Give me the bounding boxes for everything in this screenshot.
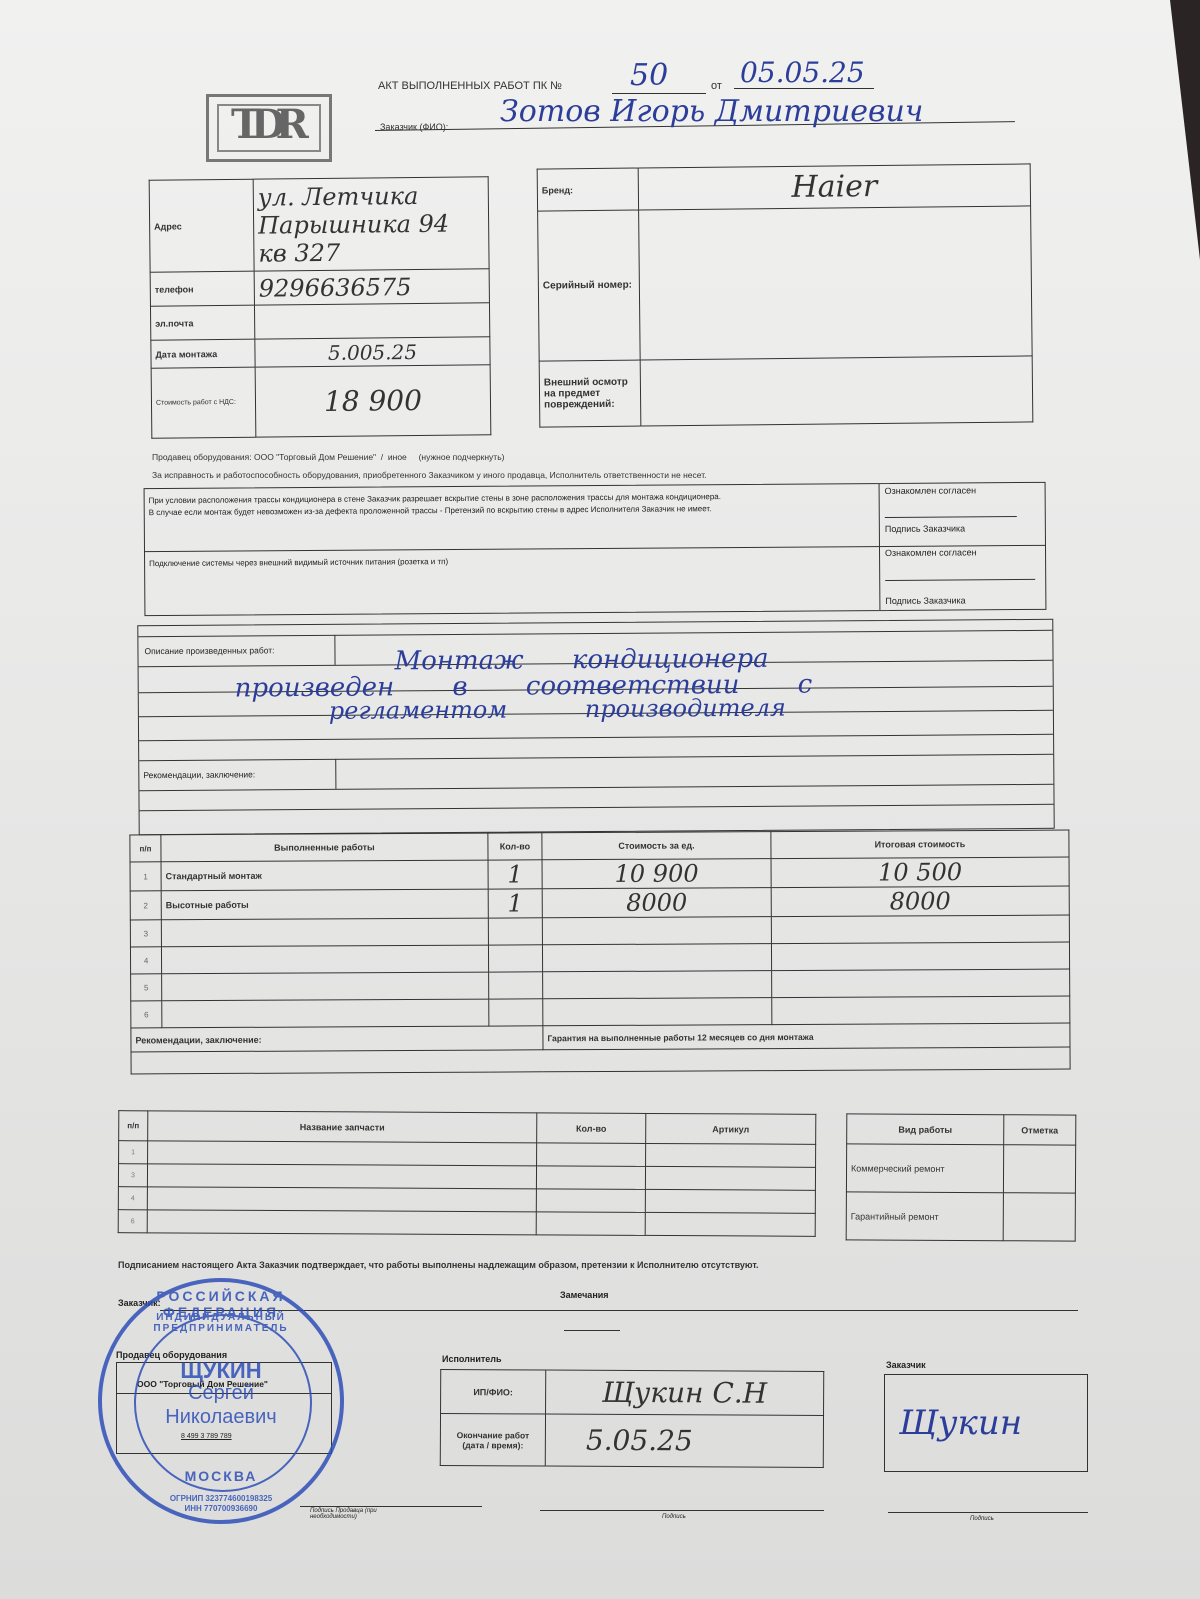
parts-row-qty[interactable] [537, 1143, 646, 1167]
client-signature-line[interactable] [888, 1512, 1088, 1513]
parts-row-article[interactable] [645, 1189, 815, 1213]
parts-row-qty[interactable] [536, 1166, 645, 1190]
client-info-table: Адрес ул. Летчика Парышника 94 кв 327 те… [149, 176, 492, 439]
works-col-unit-price: Стоимость за ед. [542, 832, 771, 860]
parts-row-number: 1 [119, 1141, 148, 1164]
parts-col-number: п/п [119, 1111, 148, 1141]
works-row-number: 4 [130, 947, 161, 974]
work-description-label: Описание произведенных работ: [144, 645, 274, 656]
parts-col-name: Название запчасти [148, 1111, 537, 1143]
parts-row-number: 6 [118, 1210, 147, 1233]
work-description-line-3[interactable]: регламентом производителя [329, 694, 786, 725]
cost-value[interactable]: 18 900 [255, 365, 491, 437]
remarks-label: Замечания [560, 1290, 609, 1300]
install-date-label: Дата монтажа [151, 339, 255, 368]
client-sign-label: Заказчик [886, 1360, 926, 1370]
works-row-name[interactable] [162, 972, 489, 1001]
works-row-qty[interactable] [489, 972, 543, 999]
works-col-name: Выполненные работы [161, 833, 488, 862]
works-row-total[interactable] [772, 996, 1070, 1025]
work-type-commercial-mark[interactable] [1003, 1145, 1075, 1193]
works-row-total[interactable]: 10 500 [771, 857, 1069, 888]
works-row-name[interactable]: Стандартный монтаж [161, 860, 488, 891]
executor-table: ИП/ФИО: Щукин С.Н Окончание работ (дата … [440, 1369, 825, 1468]
consent-2-agree-label: Ознакомлен согласен [885, 547, 977, 558]
works-table: п/п Выполненные работы Кол-во Стоимость … [129, 830, 1070, 1075]
works-row-unit-price[interactable] [543, 971, 772, 999]
document-page: TDR АКТ ВЫПОЛНЕННЫХ РАБОТ ПК № 50 от 05.… [0, 0, 1200, 1599]
parts-row-name[interactable] [147, 1164, 536, 1189]
works-row-number: 6 [131, 1001, 162, 1028]
works-row-total[interactable] [772, 969, 1070, 998]
equipment-table: Бренд: Haier Серийный номер: Внешний осм… [537, 163, 1034, 427]
works-recommendations-label: Рекомендации, заключение: [131, 1026, 543, 1052]
seller-line: Продавец оборудования: ООО "Торговый Дом… [152, 452, 504, 462]
inspection-label: Внешний осмотр на предмет повреждений: [539, 360, 641, 427]
executor-label: Исполнитель [442, 1354, 502, 1364]
consent-2-sign-label: Подпись Заказчика [885, 595, 965, 606]
stamp-ogrnip: ОГРНИП 323774600198325 [102, 1494, 340, 1503]
serial-label: Серийный номер: [538, 210, 641, 361]
executor-sign-caption: Подпись [662, 1514, 686, 1520]
executor-fio-label: ИП/ФИО: [441, 1369, 546, 1414]
works-row-total[interactable] [771, 915, 1069, 944]
stamp-city: МОСКВА [102, 1468, 340, 1484]
parts-row-name[interactable] [147, 1187, 536, 1212]
works-table-row: 1Стандартный монтаж110 90010 500 [130, 857, 1069, 891]
customer-name: Зотов Игорь Дмитриевич [500, 94, 923, 129]
works-row-total[interactable] [771, 942, 1069, 971]
consent-1-sign-label: Подпись Заказчика [885, 523, 965, 534]
consents-block: При условии расположения трассы кондицио… [144, 482, 1047, 616]
work-type-col-type: Вид работы [847, 1114, 1004, 1145]
works-row-qty[interactable] [488, 945, 542, 972]
works-row-number: 1 [130, 862, 161, 891]
act-date: 05.05.25 [740, 56, 865, 89]
recommendations-label: Рекомендации, заключение: [143, 769, 255, 780]
works-col-total: Итоговая стоимость [771, 830, 1069, 859]
address-label: Адрес [149, 179, 254, 272]
consent-2-signature-line[interactable] [885, 579, 1035, 581]
works-recommendations-value[interactable] [131, 1047, 1070, 1074]
brand-value[interactable]: Haier [638, 164, 1030, 210]
works-table-row: 2Высотные работы180008000 [130, 886, 1069, 920]
works-row-qty[interactable] [488, 918, 542, 945]
install-date-value[interactable]: 5.005.25 [255, 337, 490, 367]
parts-row-name[interactable] [148, 1141, 537, 1166]
company-logo: TDR [206, 94, 332, 162]
works-row-name[interactable] [161, 918, 488, 947]
works-row-unit-price[interactable] [542, 917, 771, 945]
email-value[interactable] [254, 303, 489, 339]
parts-row-qty[interactable] [536, 1189, 645, 1213]
cost-label: Стоимость работ с НДС: [151, 367, 256, 438]
act-title: АКТ ВЫПОЛНЕННЫХ РАБОТ ПК № [378, 80, 562, 92]
parts-row-article[interactable] [645, 1166, 815, 1190]
serial-value[interactable] [639, 206, 1033, 360]
works-col-qty: Кол-во [488, 833, 542, 860]
parts-row-number: 4 [118, 1187, 147, 1210]
executor-signature-line[interactable] [540, 1510, 824, 1511]
work-type-warranty-mark[interactable] [1003, 1193, 1075, 1241]
consent-1-signature-line[interactable] [885, 516, 1017, 518]
parts-row-article[interactable] [646, 1143, 816, 1167]
works-row-number: 2 [130, 891, 161, 920]
warranty-text: Гарантия на выполненные работы 12 месяце… [543, 1023, 1070, 1050]
email-label: эл.почта [150, 305, 254, 340]
parts-col-qty: Кол-во [537, 1113, 646, 1144]
works-row-qty[interactable]: 1 [488, 889, 542, 918]
works-row-name[interactable]: Высотные работы [161, 889, 488, 920]
works-row-unit-price[interactable]: 8000 [542, 888, 771, 918]
client-signature-box[interactable]: Щукин [884, 1374, 1088, 1472]
works-row-number: 3 [130, 920, 161, 947]
works-row-total[interactable]: 8000 [771, 886, 1069, 917]
end-date-label: Окончание работ (дата / время): [440, 1413, 545, 1466]
parts-col-article: Артикул [646, 1113, 816, 1144]
stamp-surname: ЩУКИН [102, 1358, 340, 1384]
works-row-name[interactable] [162, 999, 489, 1028]
works-row-qty[interactable]: 1 [488, 860, 542, 889]
work-type-commercial: Коммерческий ремонт [846, 1144, 1003, 1193]
stamp-ring-text: ИНДИВИДУАЛЬНЫЙ ПРЕДПРИНИМАТЕЛЬ [102, 1312, 340, 1334]
end-date-value[interactable]: 5.05.25 [545, 1414, 823, 1467]
brand-label: Бренд: [537, 168, 638, 211]
works-row-unit-price[interactable] [543, 998, 772, 1026]
work-type-col-mark: Отметка [1004, 1115, 1076, 1145]
works-col-number: п/п [130, 835, 161, 862]
consent-1-agree-label: Ознакомлен согласен [885, 485, 977, 496]
phone-value[interactable]: 9296636575 [254, 269, 489, 305]
stamp-name: Сергей [102, 1382, 340, 1405]
works-row-unit-price[interactable]: 10 900 [542, 859, 771, 889]
parts-row-qty[interactable] [536, 1212, 645, 1236]
parts-row-number: 3 [118, 1164, 147, 1187]
phone-label: телефон [150, 271, 254, 306]
client-sign-caption: Подпись [970, 1516, 994, 1522]
date-label: от [711, 80, 722, 92]
work-description-block: Описание произведенных работ: Рекомендац… [137, 619, 1054, 835]
company-stamp: РОССИЙСКАЯ ФЕДЕРАЦИЯ ИНДИВИДУАЛЬНЫЙ ПРЕД… [98, 1278, 344, 1524]
address-value[interactable]: ул. Летчика Парышника 94 кв 327 [253, 177, 489, 271]
parts-table-row: 6 [118, 1210, 815, 1237]
works-row-name[interactable] [161, 945, 488, 974]
work-type-table: Вид работы Отметка Коммерческий ремонт Г… [846, 1113, 1077, 1241]
work-type-warranty: Гарантийный ремонт [846, 1192, 1003, 1241]
consent-2-text: Подключение системы через внешний видимы… [149, 557, 448, 568]
works-row-qty[interactable] [489, 999, 543, 1026]
parts-row-article[interactable] [645, 1212, 815, 1236]
stamp-inn: ИНН 770700936690 [102, 1504, 340, 1513]
parts-table: п/п Название запчасти Кол-во Артикул 134… [118, 1110, 817, 1237]
works-row-unit-price[interactable] [542, 944, 771, 972]
executor-fio-value[interactable]: Щукин С.Н [546, 1370, 824, 1415]
liability-line: За исправность и работоспособность обору… [152, 470, 707, 480]
act-number: 50 [630, 58, 668, 93]
works-row-number: 5 [131, 974, 162, 1001]
consent-1-text: При условии расположения трассы кондицио… [149, 490, 871, 519]
client-signature: Щукин [899, 1403, 1022, 1443]
parts-row-name[interactable] [147, 1210, 536, 1235]
inspection-value[interactable] [640, 356, 1033, 426]
stamp-patronymic: Николаевич [102, 1406, 340, 1429]
confirmation-text: Подписанием настоящего Акта Заказчик под… [118, 1260, 759, 1270]
